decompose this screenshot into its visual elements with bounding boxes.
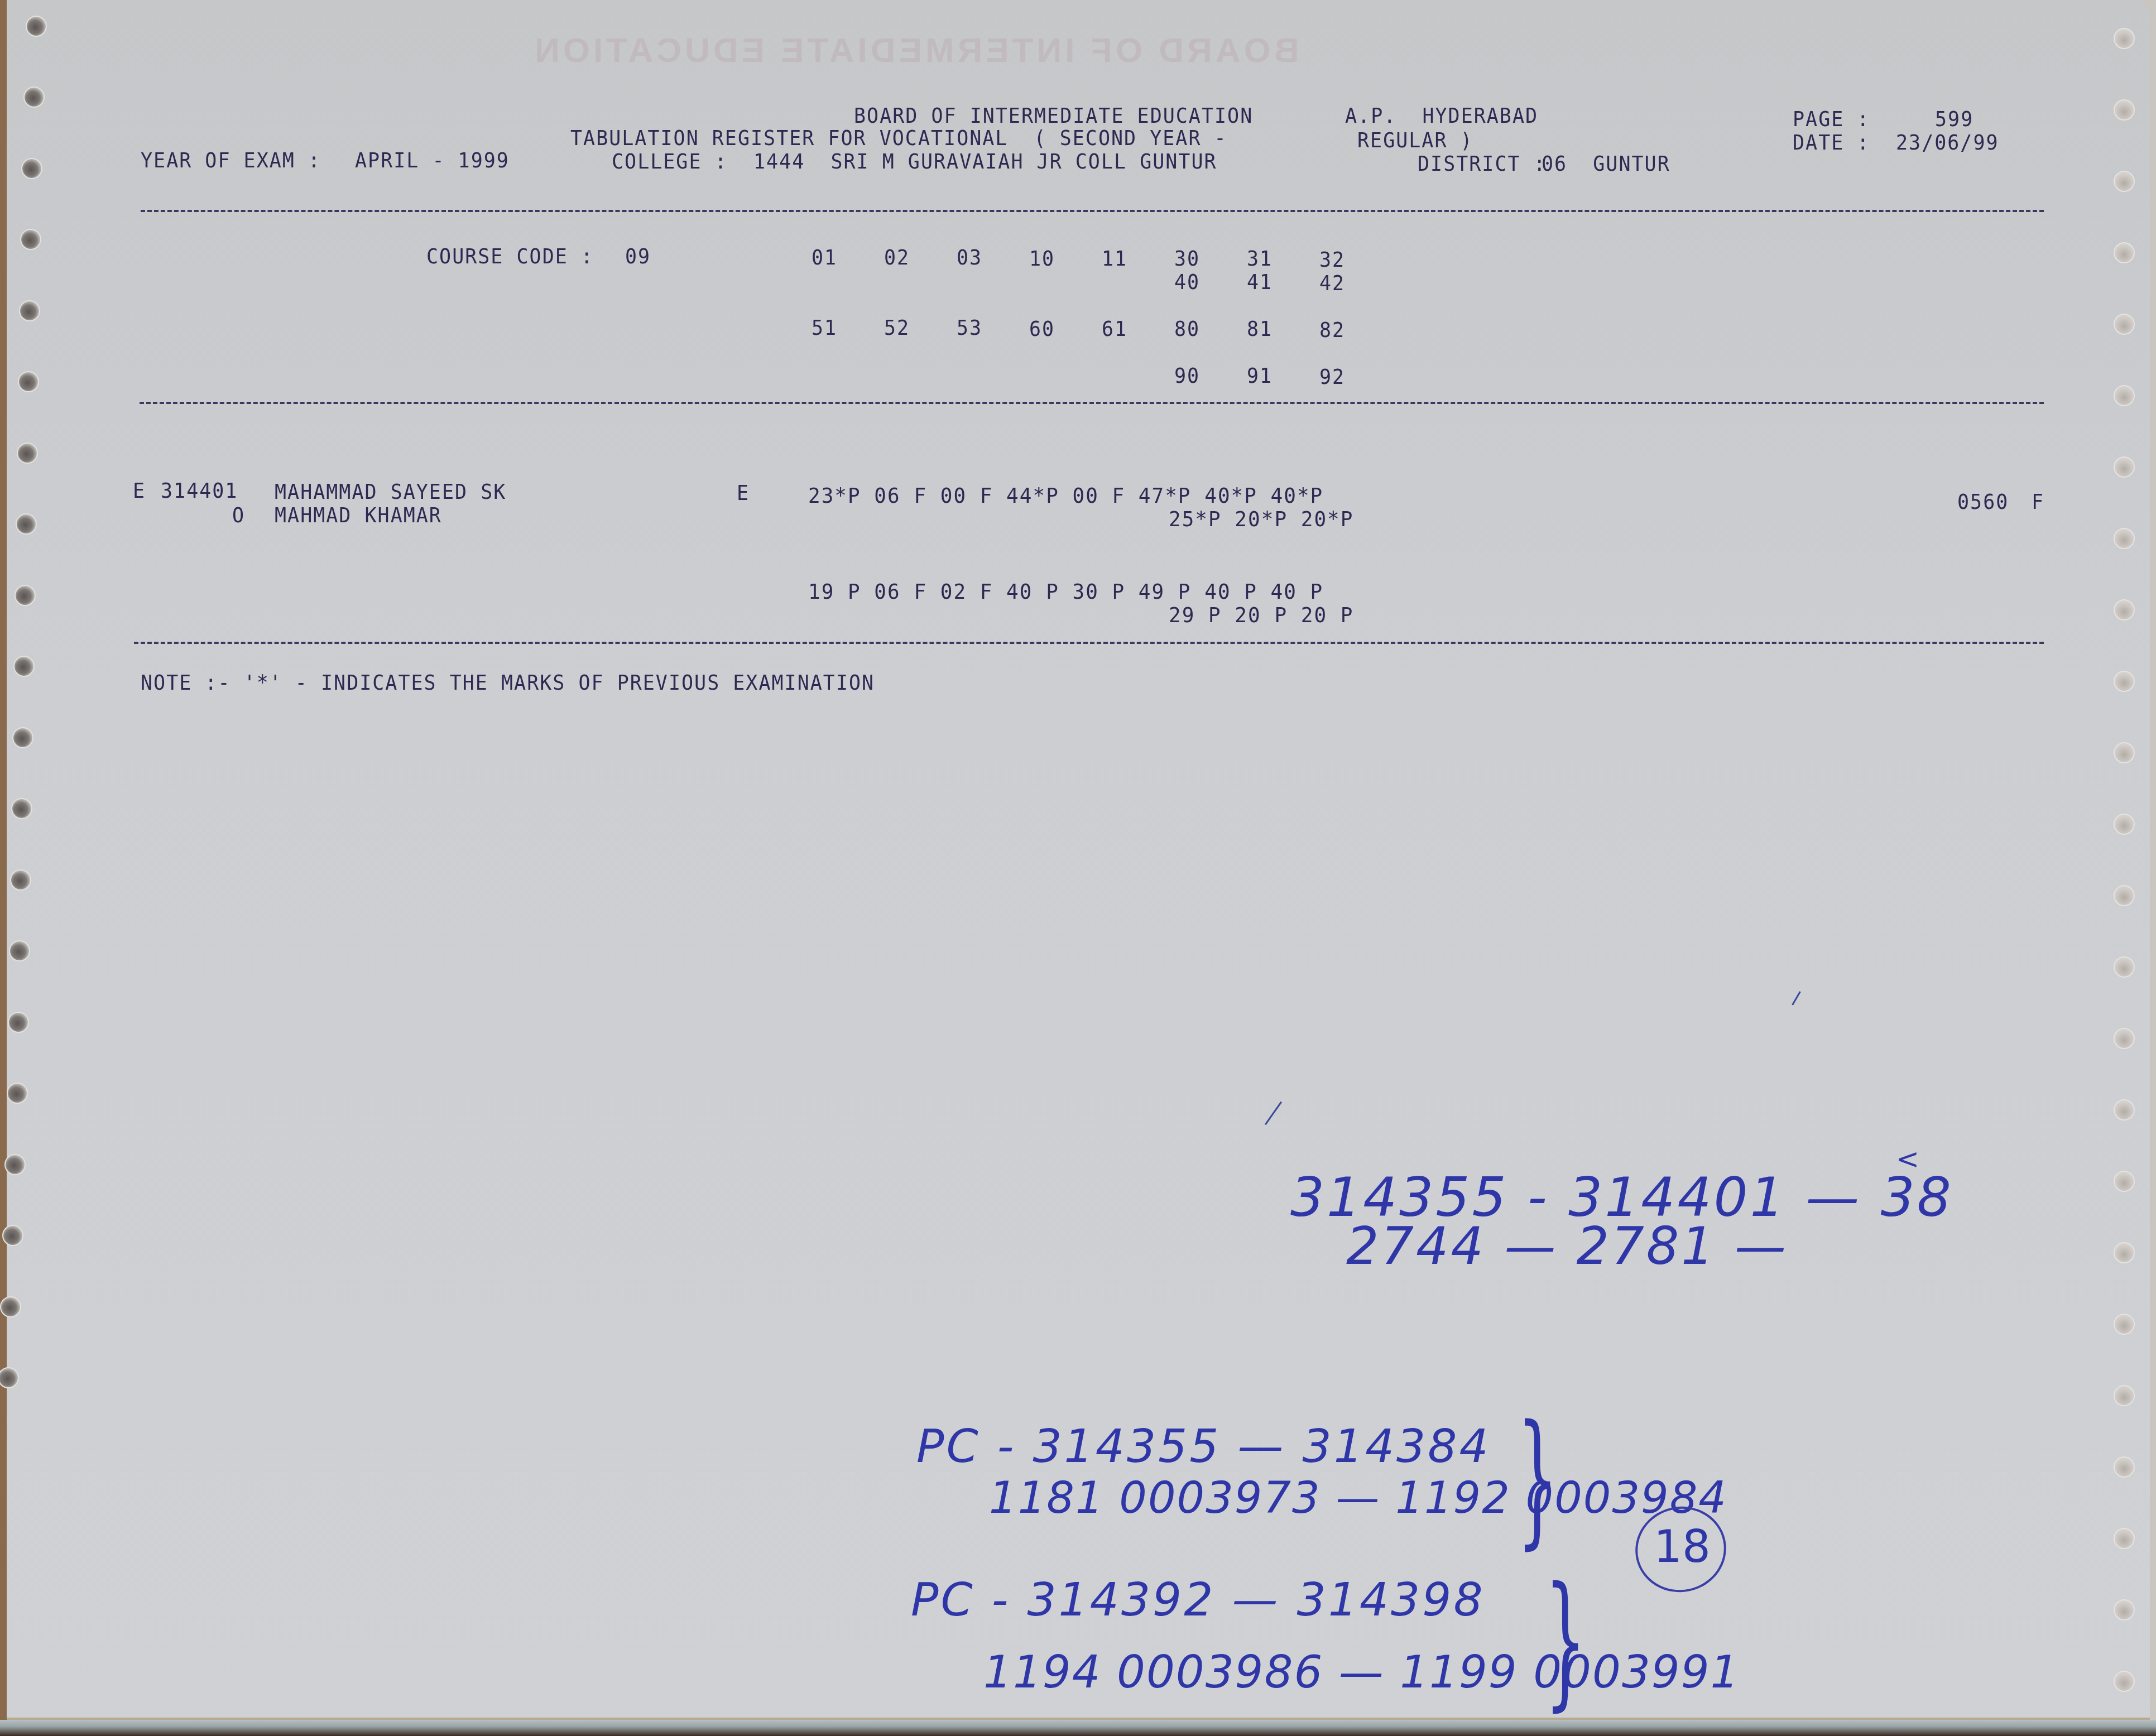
punch-hole-icon: [2114, 1099, 2135, 1121]
subject-code: 90: [1174, 364, 1200, 388]
punch-hole-icon: [2114, 814, 2135, 835]
district-value: 06 GUNTUR: [1542, 152, 1670, 176]
page-label: PAGE :: [1793, 108, 1870, 131]
punch-hole-icon: [2, 1225, 23, 1246]
punch-hole-icon: [2114, 1314, 2135, 1335]
punch-hole-icon: [2114, 171, 2135, 192]
footnote: NOTE :- '*' - INDICATES THE MARKS OF PRE…: [141, 671, 875, 695]
punch-hole-icon: [2114, 599, 2135, 621]
register-type: REGULAR ): [1357, 129, 1473, 152]
college-label: COLLEGE :: [612, 150, 728, 174]
subject-code: 40: [1174, 271, 1200, 294]
register-title: TABULATION REGISTER FOR VOCATIONAL ( SEC…: [570, 127, 1227, 150]
subject-code: 61: [1102, 318, 1127, 341]
total-marks: 0560: [1957, 490, 2009, 514]
punch-hole-icon: [10, 869, 31, 891]
punch-hole-icon: [2114, 314, 2135, 335]
subject-code: 41: [1247, 271, 1273, 294]
medium-code: E: [737, 482, 750, 505]
subject-code: 53: [957, 316, 982, 340]
punch-hole-icon: [12, 727, 33, 748]
district-label: DISTRICT :: [1418, 152, 1547, 176]
punch-hole-icon: [2114, 1171, 2135, 1192]
subject-code: 82: [1319, 319, 1345, 342]
subject-code: 80: [1174, 318, 1200, 341]
course-code-label: COURSE CODE :: [426, 245, 594, 268]
punch-hole-icon: [2114, 1671, 2135, 1692]
marks-previous-row-2: 29 P 20 P 20 P: [1169, 603, 1353, 627]
punch-hole-icon: [2114, 528, 2135, 549]
punch-hole-icon: [2114, 885, 2135, 906]
punch-hole-icon: [19, 300, 40, 321]
punch-hole-icon: [2114, 99, 2135, 121]
student-category: E: [133, 479, 146, 503]
subject-code: 91: [1247, 364, 1273, 388]
punch-hole-icon: [2114, 956, 2135, 978]
handwritten-pc2-line1: PC - 314392 — 314398: [911, 1574, 1485, 1627]
year-of-exam-value: APRIL - 1999: [355, 149, 510, 172]
paper-bottom-edge: [0, 1720, 2156, 1736]
marks-previous-row: 19 P 06 F 02 F 40 P 30 P 49 P 40 P 40 P: [808, 580, 1323, 604]
punch-hole-icon: [0, 1296, 21, 1317]
punch-hole-icon: [2114, 1456, 2135, 1478]
date-value: 23/06/99: [1896, 131, 1999, 155]
subject-code: 81: [1247, 318, 1273, 341]
subject-code: 10: [1029, 247, 1055, 271]
handwritten-pc1-line2: 1181 0003973 — 1192 0003984: [989, 1473, 1727, 1523]
punch-hole-icon: [11, 798, 32, 819]
date-label: DATE :: [1793, 131, 1870, 155]
punch-hole-icon: [7, 1083, 28, 1104]
parent-name: MAHMAD KHAMAR: [275, 504, 442, 527]
pen-mark: [1792, 991, 1801, 1006]
punch-hole-icon: [2114, 1528, 2135, 1549]
parent-prefix: O: [232, 504, 245, 527]
page-number: 599: [1935, 108, 1973, 131]
punch-hole-icon: [26, 16, 47, 37]
board-title: BOARD OF INTERMEDIATE EDUCATION: [854, 104, 1253, 128]
printout-sheet: BOARD OF INTERMEDIATE EDUCATION BOARD OF…: [7, 0, 2150, 1720]
divider-dashed: [140, 402, 2044, 404]
student-name: MAHAMMAD SAYEED SK: [275, 480, 506, 504]
divider-dashed: [141, 210, 2044, 212]
handwritten-range-line2: 2744 — 2781 —: [1346, 1216, 1788, 1276]
punch-hole-icon: [2114, 456, 2135, 478]
subject-code: 51: [811, 316, 837, 340]
year-of-exam-label: YEAR OF EXAM :: [141, 149, 321, 172]
punch-hole-icon: [15, 585, 36, 606]
subject-code: 42: [1319, 272, 1345, 295]
punch-hole-icon: [2114, 1242, 2135, 1263]
punch-hole-icon: [2114, 28, 2135, 49]
punch-hole-icon: [13, 656, 35, 677]
punch-hole-icon: [16, 513, 37, 535]
punch-hole-icon: [2114, 671, 2135, 692]
punch-hole-icon: [20, 229, 41, 250]
marks-current-row: 23*P 06 F 00 F 44*P 00 F 47*P 40*P 40*P: [808, 484, 1323, 508]
punch-hole-icon: [2114, 1599, 2135, 1620]
subject-code: 30: [1174, 247, 1200, 271]
subject-code: 52: [884, 316, 910, 340]
punch-hole-icon: [17, 443, 38, 464]
result-status: F: [2032, 490, 2044, 514]
punch-hole-icon: [4, 1154, 26, 1175]
punch-hole-icon: [21, 158, 42, 179]
subject-code: 01: [811, 246, 837, 270]
handwritten-pc1-line1: PC - 314355 — 314384: [916, 1420, 1491, 1473]
course-code-value: 09: [625, 245, 651, 268]
marks-current-row-2: 25*P 20*P 20*P: [1169, 507, 1353, 531]
punch-hole-icon: [2114, 1385, 2135, 1406]
pen-mark: [1265, 1102, 1282, 1126]
hall-ticket-number: 314401: [161, 479, 238, 503]
subject-code: 31: [1247, 247, 1273, 271]
punch-hole-icon: [2114, 385, 2135, 406]
paper-left-edge: [0, 0, 7, 1736]
subject-code: 02: [884, 246, 910, 270]
circled-count-number: 18: [1654, 1521, 1711, 1573]
punch-hole-icon: [2114, 242, 2135, 263]
divider-dashed: [134, 642, 2044, 644]
handwritten-pc2-line2: 1194 0003986 — 1199 0003991: [983, 1646, 1740, 1698]
punch-hole-icon: [2114, 1028, 2135, 1049]
punch-hole-icon: [18, 371, 39, 392]
subject-code: 11: [1102, 247, 1127, 271]
subject-code: 03: [957, 246, 982, 270]
punch-hole-icon: [9, 940, 30, 961]
punch-hole-icon: [8, 1012, 29, 1033]
subject-code: 60: [1029, 318, 1055, 341]
punch-hole-icon: [23, 86, 45, 108]
subject-code: 32: [1319, 248, 1345, 272]
punch-hole-icon: [2114, 742, 2135, 763]
handwritten-brace: }: [1544, 1568, 1586, 1713]
board-location: A.P. HYDERABAD: [1345, 104, 1538, 128]
punch-hole-icon: [0, 1367, 19, 1388]
college-value: 1444 SRI M GURAVAIAH JR COLL GUNTUR: [753, 150, 1217, 174]
handwritten-brace: }: [1516, 1406, 1558, 1551]
bleed-through-text: BOARD OF INTERMEDIATE EDUCATION: [531, 31, 1299, 70]
subject-code: 92: [1319, 366, 1345, 389]
